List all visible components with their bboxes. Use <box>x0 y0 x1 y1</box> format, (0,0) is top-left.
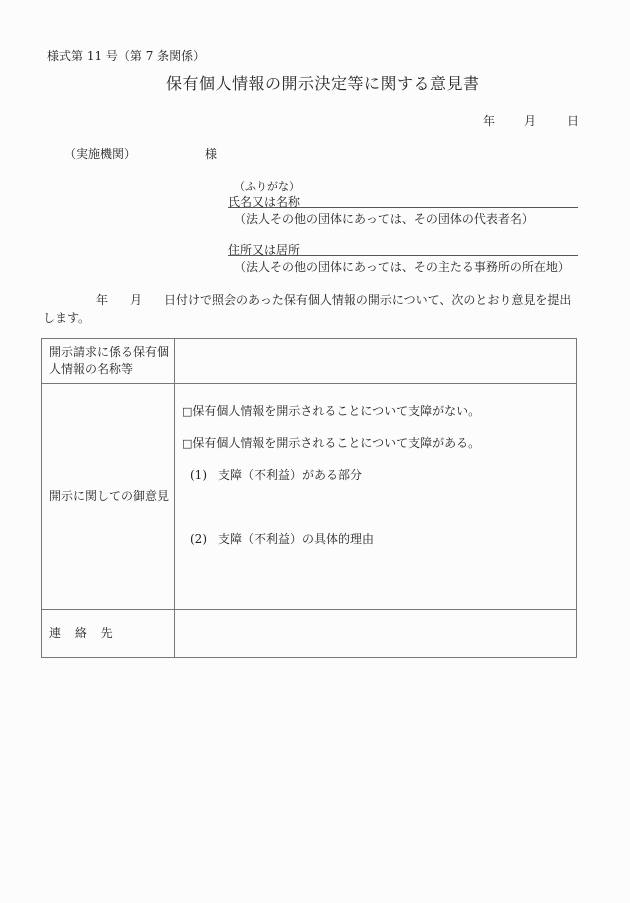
checkbox-icon[interactable]: □ <box>182 405 192 418</box>
checkbox-icon[interactable]: □ <box>182 437 192 450</box>
agency-label: （実施機関） <box>64 145 136 162</box>
table-row-contact: 連 絡 先 <box>42 610 577 658</box>
honorific: 様 <box>205 145 217 162</box>
option-objection-text: 保有個人情報を開示されることについて支障がある。 <box>192 436 480 450</box>
opinion-form-table: 開示請求に係る保有個人情報の名称等 開示に関しての御意見 □保有個人情報を開示さ… <box>41 338 577 658</box>
table-row-opinion: 開示に関しての御意見 □保有個人情報を開示されることについて支障がない。 □保有… <box>42 384 577 610</box>
furigana-label: （ふりがな） <box>234 178 300 194</box>
intro-year: 年 <box>96 293 108 307</box>
option-no-objection-text: 保有個人情報を開示されることについて支障がない。 <box>192 404 480 418</box>
subitem-text: 支障（不利益）がある部分 <box>218 468 362 482</box>
subitem-text: 支障（不利益）の具体的理由 <box>218 532 374 546</box>
info-name-field[interactable] <box>175 339 577 384</box>
date-day-label: 日 <box>567 112 579 129</box>
subitem-affected-part: (1)支障（不利益）がある部分 <box>190 466 362 483</box>
option-no-objection[interactable]: □保有個人情報を開示されることについて支障がない。 <box>182 402 480 419</box>
opinion-field: □保有個人情報を開示されることについて支障がない。 □保有個人情報を開示されるこ… <box>175 384 577 610</box>
table-row-info-name: 開示請求に係る保有個人情報の名称等 <box>42 339 577 384</box>
subitem-specific-reason: (2)支障（不利益）の具体的理由 <box>190 530 374 547</box>
page-title: 保有個人情報の開示決定等に関する意見書 <box>166 71 480 94</box>
subitem-number: (1) <box>190 468 218 482</box>
name-field-underline[interactable] <box>228 207 578 208</box>
intro-month: 月 <box>130 293 142 307</box>
opinion-label: 開示に関しての御意見 <box>42 384 175 610</box>
contact-label: 連 絡 先 <box>42 610 175 658</box>
address-field-underline[interactable] <box>228 255 578 256</box>
address-note: （法人その他の団体にあっては、その主たる事務所の所在地） <box>234 258 570 275</box>
intro-text: 日付けで照会のあった保有個人情報の開示について、次のとおり意見を提出します。 <box>43 293 571 325</box>
contact-field[interactable] <box>175 610 577 658</box>
form-number: 様式第 11 号（第 7 条関係） <box>47 47 205 64</box>
date-month-label: 月 <box>524 112 536 129</box>
option-objection[interactable]: □保有個人情報を開示されることについて支障がある。 <box>182 434 480 451</box>
info-name-label: 開示請求に係る保有個人情報の名称等 <box>42 339 175 384</box>
intro-paragraph: 年月日付けで照会のあった保有個人情報の開示について、次のとおり意見を提出します。 <box>43 291 583 327</box>
name-note: （法人その他の団体にあっては、その団体の代表者名） <box>234 210 534 227</box>
subitem-number: (2) <box>190 532 218 546</box>
date-year-label: 年 <box>483 112 495 129</box>
